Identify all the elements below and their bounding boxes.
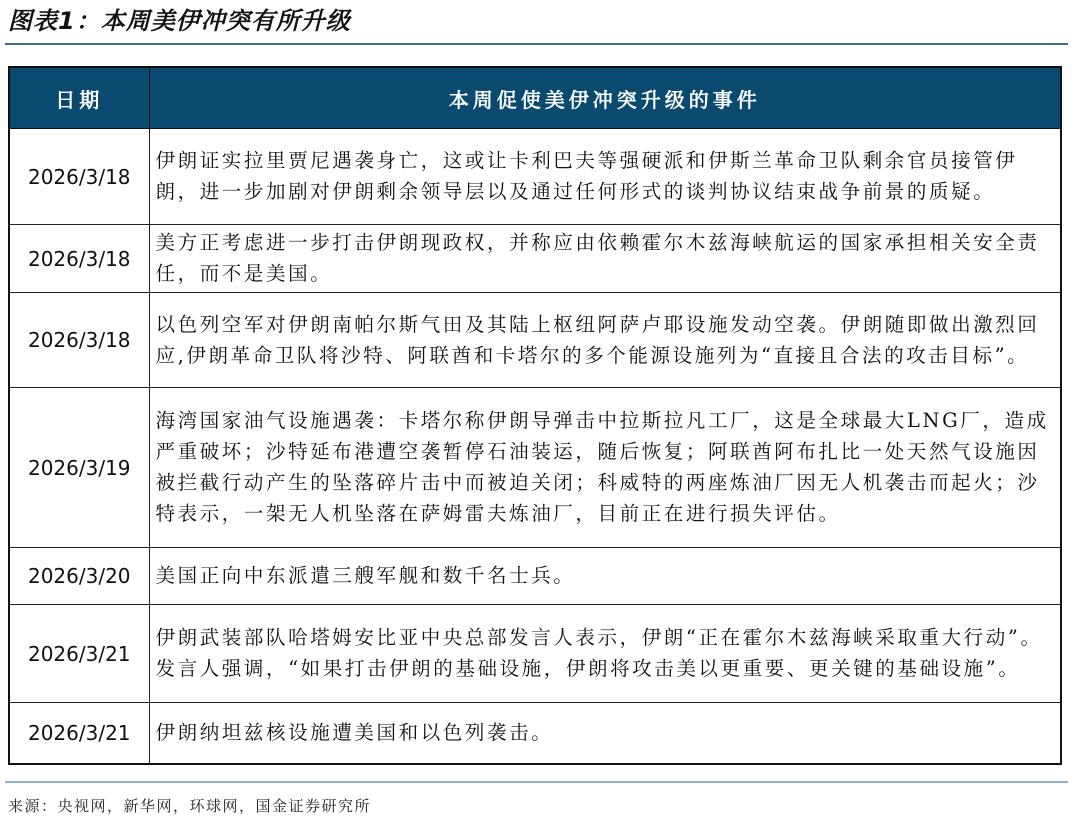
table-header-row: 日期 本周促使美伊冲突升级的事件 (9, 67, 1061, 129)
figure-title: 图表1：本周美伊冲突有所升级 (8, 4, 351, 38)
header-event: 本周促使美伊冲突升级的事件 (149, 67, 1061, 129)
header-date: 日期 (9, 67, 149, 129)
table-row: 2026/3/18 以色列空军对伊朗南帕尔斯气田及其陆上枢纽阿萨卢耶设施发动空袭… (9, 293, 1061, 388)
row-date: 2026/3/18 (9, 293, 149, 388)
table-row: 2026/3/21 伊朗纳坦兹核设施遭美国和以色列袭击。 (9, 703, 1061, 764)
table-row: 2026/3/18 伊朗证实拉里贾尼遇袭身亡，这或让卡利巴夫等强硬派和伊斯兰革命… (9, 129, 1061, 225)
row-date: 2026/3/20 (9, 548, 149, 605)
source-divider (5, 781, 1068, 783)
row-date: 2026/3/21 (9, 703, 149, 764)
row-date: 2026/3/18 (9, 129, 149, 225)
events-table: 日期 本周促使美伊冲突升级的事件 2026/3/18 伊朗证实拉里贾尼遇袭身亡，… (8, 66, 1062, 765)
row-date: 2026/3/21 (9, 605, 149, 703)
table-row: 2026/3/21 伊朗武装部队哈塔姆安比亚中央总部发言人表示，伊朗“正在霍尔木… (9, 605, 1061, 703)
row-event: 伊朗证实拉里贾尼遇袭身亡，这或让卡利巴夫等强硬派和伊斯兰革命卫队剩余官员接管伊朗… (149, 129, 1061, 225)
row-event: 海湾国家油气设施遇袭：卡塔尔称伊朗导弹击中拉斯拉凡工厂，这是全球最大LNG厂，造… (149, 388, 1061, 548)
row-date: 2026/3/19 (9, 388, 149, 548)
row-event: 以色列空军对伊朗南帕尔斯气田及其陆上枢纽阿萨卢耶设施发动空袭。伊朗随即做出激烈回… (149, 293, 1061, 388)
row-event: 伊朗纳坦兹核设施遭美国和以色列袭击。 (149, 703, 1061, 764)
row-event: 伊朗武装部队哈塔姆安比亚中央总部发言人表示，伊朗“正在霍尔木兹海峡采取重大行动”… (149, 605, 1061, 703)
row-date: 2026/3/18 (9, 225, 149, 293)
source-note: 来源：央视网，新华网，环球网，国金证券研究所 (8, 795, 371, 816)
row-event: 美方正考虑进一步打击伊朗现政权，并称应由依赖霍尔木兹海峡航运的国家承担相关安全责… (149, 225, 1061, 293)
table-row: 2026/3/19 海湾国家油气设施遇袭：卡塔尔称伊朗导弹击中拉斯拉凡工厂，这是… (9, 388, 1061, 548)
table-row: 2026/3/20 美国正向中东派遣三艘军舰和数千名士兵。 (9, 548, 1061, 605)
title-divider (5, 43, 1068, 45)
table-row: 2026/3/18 美方正考虑进一步打击伊朗现政权，并称应由依赖霍尔木兹海峡航运… (9, 225, 1061, 293)
row-event: 美国正向中东派遣三艘军舰和数千名士兵。 (149, 548, 1061, 605)
